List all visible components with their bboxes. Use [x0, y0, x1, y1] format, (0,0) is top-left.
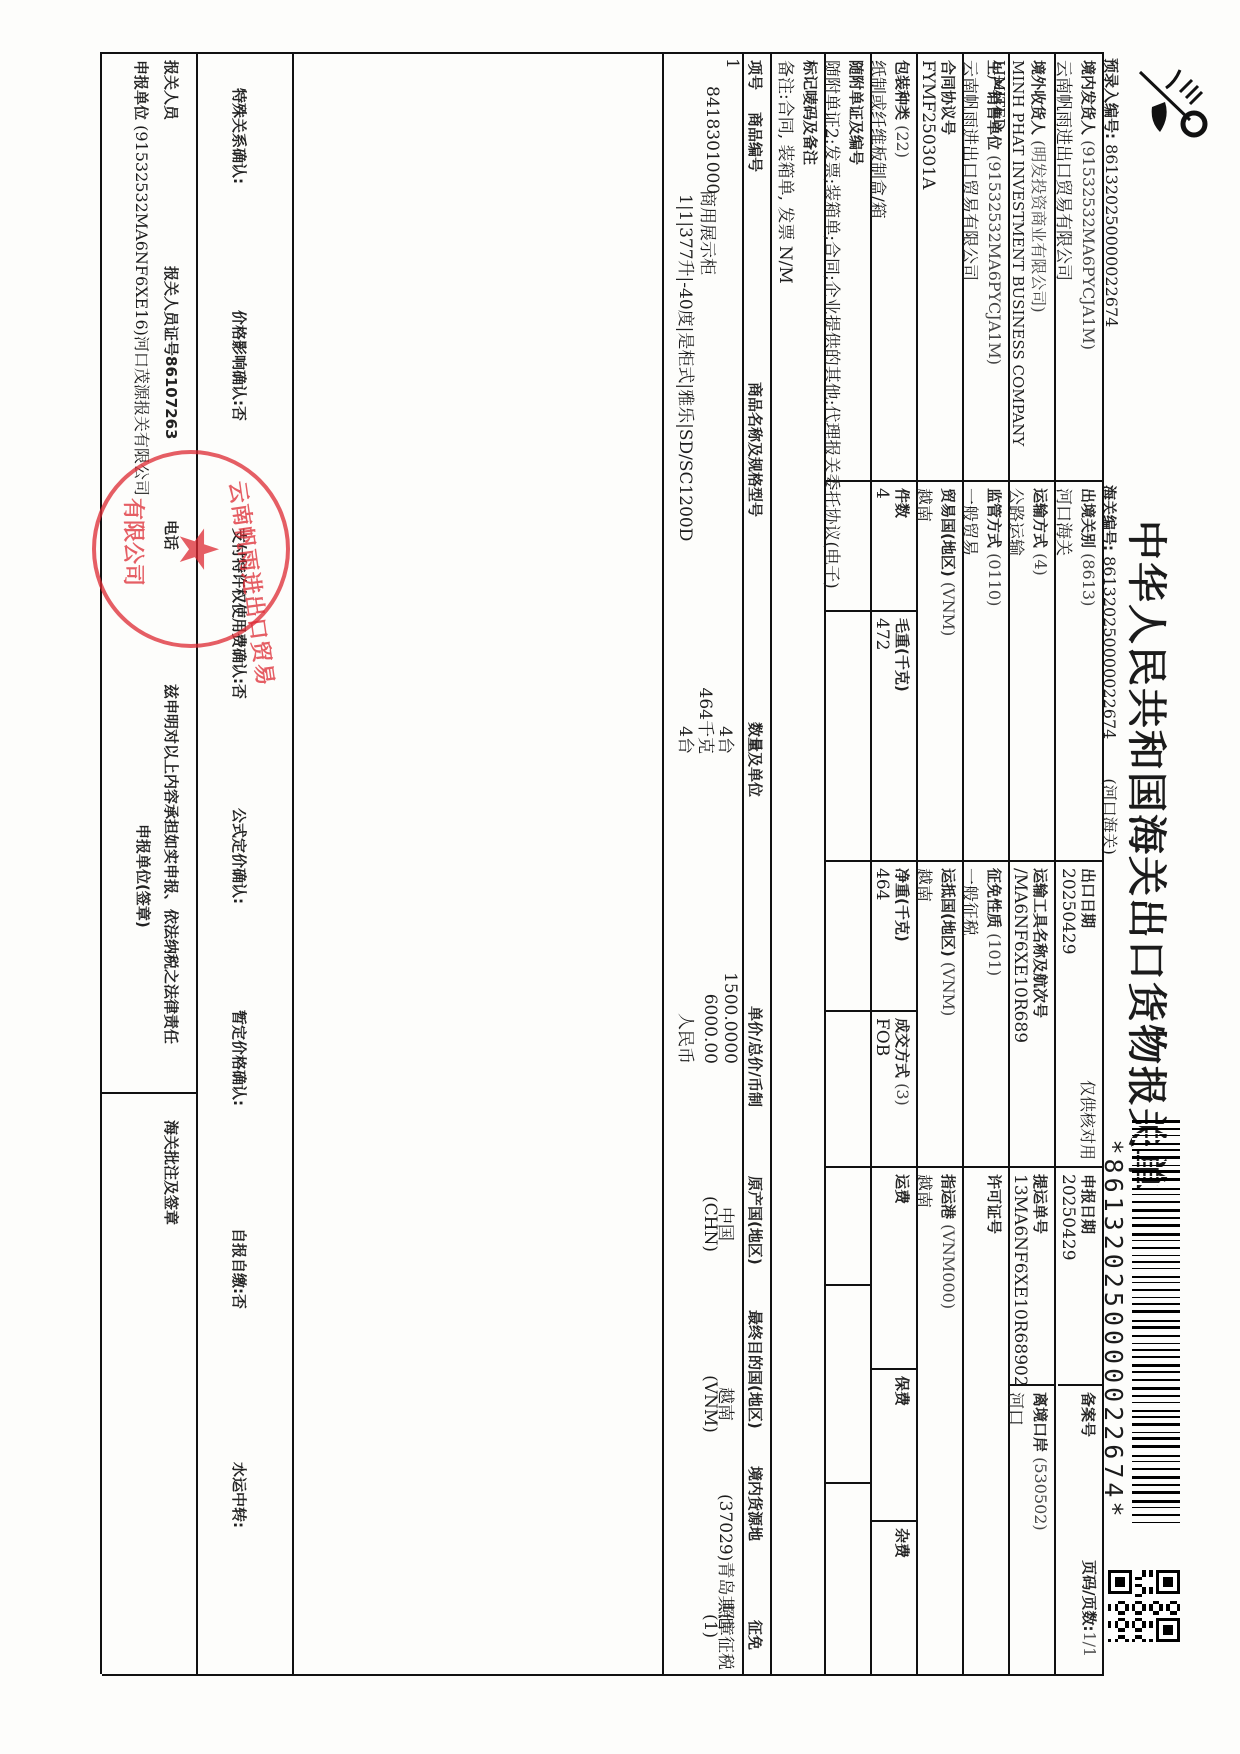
- net-weight-value: 464: [872, 868, 892, 900]
- declare-unit-label: 申报单位: [132, 60, 150, 120]
- stamp-text-bottom: 有限公司: [119, 498, 150, 586]
- declare-unit-value: (91532532MA6NF6XE16)河口茂源报关有限公司: [132, 125, 151, 496]
- freight-label: 运费: [893, 1174, 911, 1204]
- attached-docs-label: 随附单证及编号: [847, 60, 865, 165]
- transport-mode-value: 公路运输: [1005, 488, 1025, 556]
- vehicle-field: 运输工具名称及航次号 /MA6NF6XE10R689: [1010, 862, 1054, 1166]
- dest-country-value: 越南: [913, 868, 933, 902]
- consignee-field: 境外收货人 (明发投资商业有限公司) MINH PHAT INVESTMENT …: [1010, 54, 1054, 480]
- col-item-no: 项号: [745, 60, 766, 90]
- package-label: 包装种类: [893, 60, 911, 120]
- supervision-label: 监管方式: [985, 488, 1003, 548]
- exit-port-field: 离境口岸 (530502) 河口: [1010, 1386, 1054, 1674]
- net-weight-field: 净重(千克) 464: [872, 862, 916, 1010]
- col-levy: 征免: [745, 1620, 766, 1650]
- declare-date-value: 20250429: [1058, 1174, 1078, 1261]
- license-field: 许可证号: [964, 1168, 1008, 1674]
- dest-port-value: 越南: [913, 1174, 933, 1208]
- goods-name: 商用展示柜: [697, 190, 722, 275]
- net-weight-label: 净重(千克): [893, 868, 911, 942]
- exit-port-value: 河口: [1005, 1392, 1025, 1426]
- transport-mode-code: (4): [1031, 553, 1050, 576]
- attached-docs-value: 随附单证2:发票;装箱单;合同;企业提供的其他;代理报关委托协议(电子): [821, 60, 841, 589]
- goods-row: 1 8418301000 商用展示柜 1|1|377升|-40度|是柜式|雅乐|…: [664, 54, 742, 1674]
- shipper-name: 云南帆雨进出口贸易有限公司: [1053, 60, 1073, 281]
- provisional-price-confirm: 暂定价格确认:: [229, 1010, 250, 1106]
- vehicle-value: /MA6NF6XE10R689: [1010, 868, 1030, 1043]
- preentry-number: 预录入编号: 861320250000022674: [1101, 58, 1122, 327]
- deal-mode-label: 成交方式: [893, 1018, 911, 1078]
- declarant-cert: 报关人员证号86107263: [161, 266, 182, 440]
- dest-country-field: 运抵国(地区) (VNM) 越南: [918, 862, 962, 1166]
- levy-code: (1): [700, 1614, 720, 1638]
- supervision-code: (0110): [985, 553, 1004, 606]
- export-date-field: 出口日期 20250429: [1056, 862, 1102, 1166]
- currency: 人民币: [675, 934, 700, 1064]
- levy-nature-label: 征免性质: [985, 868, 1003, 928]
- consignee-label: 境外收货人: [1029, 60, 1047, 135]
- freight-field: 运费: [872, 1168, 916, 1368]
- barcode: [1132, 1120, 1180, 1540]
- shipper-field: 境内发货人 (91532532MA6PYCJA1M) 云南帆雨进出口贸易有限公司: [1056, 54, 1102, 480]
- contract-value: FYMF250301A: [918, 60, 938, 189]
- trade-country-label: 贸易国(地区): [939, 488, 957, 577]
- insurance-field: 保费: [872, 1370, 916, 1520]
- customs-emblem-icon: [1135, 62, 1210, 142]
- exit-customs-label: 出境关别: [1079, 488, 1097, 548]
- dest-port-field: 指运港 (VNM000) 越南: [918, 1168, 962, 1674]
- price-influence-confirm: 价格影响确认:否: [229, 310, 250, 421]
- package-value: 纸制或纤维板制盒/箱: [867, 60, 887, 219]
- hs-code: 8418301000: [702, 86, 722, 194]
- trade-country-field: 贸易国(地区) (VNM) 越南: [918, 482, 962, 860]
- exit-customs-value: 河口海关: [1053, 488, 1073, 556]
- gross-weight-value: 472: [872, 618, 892, 650]
- col-qty-unit: 数量及单位: [745, 722, 766, 797]
- marks-field: 标记唛码及备注 备注:合同, 装箱单, 发票 N/M: [772, 54, 824, 1674]
- preentry-label: 预录入编号:: [1102, 58, 1120, 139]
- producer-field: 生产销售单位 (91532532MA6PYCJA1M) 云南帆雨进出口贸易有限公…: [964, 54, 1008, 480]
- supervision-field: 监管方式 (0110) 一般贸易: [964, 482, 1008, 860]
- exit-customs-field: 出境关别 (8613) 河口海关: [1056, 482, 1102, 860]
- item-no: 1: [722, 58, 742, 69]
- supervision-value: 一般贸易: [959, 488, 979, 556]
- exit-port-label: 离境口岸: [1031, 1392, 1049, 1452]
- customs-approval-label: 海关批注及签章: [161, 1120, 182, 1225]
- transport-mode-label: 运输方式: [1031, 488, 1049, 548]
- dest-port-label: 指运港: [939, 1174, 957, 1219]
- dest-port-code: (VNM000): [939, 1224, 958, 1309]
- levy-nature-code: (101): [985, 933, 1004, 976]
- insurance-label: 保费: [893, 1376, 911, 1406]
- pieces-field: 件数 4: [872, 482, 916, 610]
- dest-country-code: (VNM): [939, 962, 958, 1016]
- col-hs-code: 商品编号: [745, 112, 766, 172]
- col-final-dest: 最终目的国(地区): [745, 1310, 766, 1429]
- trade-country-code: (VNM): [939, 582, 958, 636]
- deal-mode-code: (3): [893, 1083, 912, 1106]
- gross-weight-field: 毛重(千克) 472: [872, 612, 916, 860]
- gross-weight-label: 毛重(千克): [893, 618, 911, 692]
- dest-country-label: 运抵国(地区): [939, 868, 957, 957]
- trade-country-value: 越南: [913, 488, 933, 522]
- attached-docs-field: 随附单证及编号 随附单证2:发票;装箱单;合同;企业提供的其他;代理报关委托协议…: [826, 54, 870, 1674]
- total-price: 6000.00: [700, 934, 720, 1064]
- vehicle-label: 运输工具名称及航次号: [1031, 868, 1049, 1018]
- goods-spec: 1|1|377升|-40度|是柜式|雅乐|SD/SC1200D: [675, 194, 700, 541]
- declare-unit-seal: 申报单位(签章): [133, 824, 154, 928]
- declare-unit: 申报单位 (91532532MA6NF6XE16)河口茂源报关有限公司: [131, 60, 154, 496]
- col-price: 单价/总价/币制: [745, 1006, 766, 1107]
- pieces-value: 4: [872, 488, 892, 499]
- bill-label: 提运单号: [1031, 1174, 1049, 1234]
- levy-nature-field: 征免性质 (101) 一般征税: [964, 862, 1008, 1166]
- consignee-code: (明发投资商业有限公司): [1029, 140, 1048, 313]
- unit-price: 1500.0000: [720, 934, 740, 1064]
- pieces-label: 件数: [893, 488, 911, 518]
- stamp-star-icon: ★: [167, 525, 230, 573]
- page-title: 中华人民共和国海关出口货物报关单: [1121, 520, 1178, 1192]
- deal-mode-value: FOB: [872, 1018, 892, 1056]
- exit-port-code: (530502): [1031, 1457, 1050, 1531]
- shipper-label: 境内发货人: [1079, 60, 1097, 135]
- shipper-code: (91532532MA6PYCJA1M): [1079, 140, 1098, 350]
- self-report-confirm: 自报自缴:否: [229, 1228, 250, 1309]
- record-no-label: 备案号: [1079, 1392, 1097, 1437]
- preentry-value: 861320250000022674: [1102, 144, 1121, 327]
- col-origin: 原产国(地区): [745, 1176, 766, 1265]
- bill-field: 提运单号 13MA6NF6XE10R68902: [1010, 1168, 1054, 1384]
- levy-nature-value: 一般征税: [959, 868, 979, 936]
- record-no-field: 备案号: [1056, 1386, 1102, 1674]
- transport-mode-field: 运输方式 (4) 公路运输: [1010, 482, 1054, 860]
- export-date-value: 20250429: [1058, 868, 1078, 955]
- producer-label: 生产销售单位: [985, 60, 1003, 150]
- formula-price-confirm: 公式定价确认:: [229, 808, 250, 904]
- deal-mode-field: 成交方式 (3) FOB: [872, 1012, 916, 1166]
- qr-code-icon: [1108, 1570, 1180, 1642]
- bill-value: 13MA6NF6XE10R68902: [1010, 1174, 1030, 1387]
- producer-code: (91532532MA6PYCJA1M): [985, 155, 1004, 365]
- declaration-statement: 兹申明对以上内容承担如实申报、依法纳税之法律责任: [161, 684, 182, 1044]
- declarant-label: 报关人员: [161, 60, 182, 120]
- special-relation-confirm: 特殊关系确认:: [229, 88, 250, 184]
- package-field: 包装种类 (22) 纸制或纤维板制盒/箱: [872, 54, 916, 480]
- package-code: (22): [893, 125, 912, 158]
- contract-label: 合同协议号: [939, 60, 957, 135]
- col-name-spec: 商品名称及规格型号: [745, 382, 766, 517]
- declare-date-field: 申报日期 20250429: [1056, 1168, 1102, 1384]
- marks-value: 备注:合同, 装箱单, 发票 N/M: [775, 60, 795, 284]
- license-label: 许可证号: [985, 1174, 1003, 1234]
- col-domestic-source: 境内货源地: [745, 1466, 766, 1541]
- exit-customs-code: (8613): [1079, 553, 1098, 606]
- producer-name: 云南帆雨进出口贸易有限公司: [959, 60, 979, 281]
- qty-3: 4台: [675, 644, 700, 754]
- origin-code: (CHN): [700, 1194, 720, 1254]
- misc-fee-field: 杂费: [872, 1522, 916, 1674]
- water-transit-confirm: 水运中转:: [229, 1462, 250, 1528]
- contract-field: 合同协议号 FYMF250301A: [918, 54, 962, 480]
- final-dest-code: (VNM): [700, 1374, 720, 1434]
- customs-declaration-sheet: 中华人民共和国海关出口货物报关单 *861320250000022674* 预录…: [0, 0, 1240, 1754]
- misc-fee-label: 杂费: [893, 1528, 911, 1558]
- declare-date-label: 申报日期: [1079, 1174, 1097, 1234]
- export-date-label: 出口日期: [1079, 868, 1097, 928]
- marks-label: 标记唛码及备注: [801, 60, 819, 165]
